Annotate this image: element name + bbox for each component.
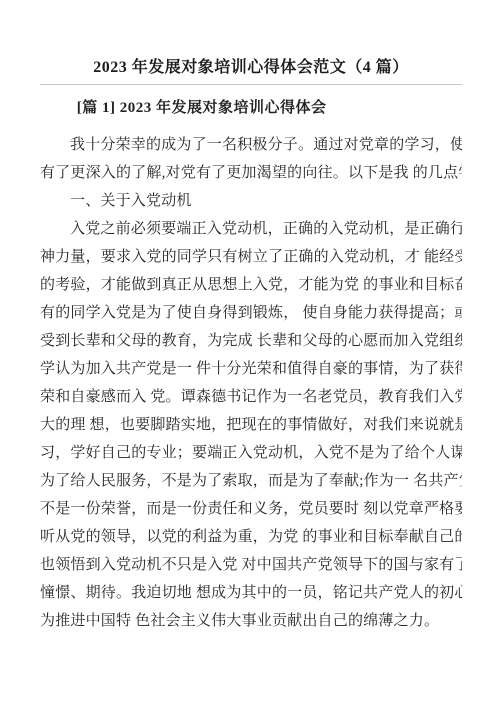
body-line: 神力量，要求入党的同学只有树立了正确的入党动机，才 能经受住党组织 <box>40 243 462 271</box>
body-line: 也领悟到入党动机不只是入党 对中国共产党领导下的国与家有了信任、 <box>40 551 462 579</box>
body-line: 我十分荣幸的成为了一名积极分子。通过对党章的学习，使 我对党 <box>40 131 462 159</box>
body-line: 学认为加入共产党是一 件十分光荣和值得自豪的事情，为了获得这份光 <box>40 355 462 383</box>
body-line: 荣和自豪感而入 党。谭森德书记作为一名老党员，教育我们入党既要有远 <box>40 383 462 411</box>
body-line: 为推进中国特 色社会主义伟大事业贡献出自己的绵薄之力。 <box>40 607 462 635</box>
body-line: 的考验，才能做到真正从思想上入党，才能为党 的事业和目标奋斗终生。 <box>40 271 462 299</box>
body-line: 入党之前必须要端正入党动机，正确的入党动机，是正确行 动的精 <box>40 215 462 243</box>
body-line: 有了更深入的了解,对党有了更加渴望的向往。以下是我 的几点学习心得： <box>40 159 462 187</box>
document-content: 2023 年发展对象培训心得体会范文（4 篇） [篇 1] 2023 年发展对象… <box>40 56 462 635</box>
document-body: 我十分荣幸的成为了一名积极分子。通过对党章的学习，使 我对党 有了更深入的了解,… <box>40 131 462 635</box>
body-line: 憧憬、期待。我迫切地 想成为其中的一员，铭记共产党人的初心和使命， <box>40 579 462 607</box>
body-line: 为了给人民服务，不是为了索取，而是为了奉献;作为一 名共产党员，这 <box>40 467 462 495</box>
section-heading: [篇 1] 2023 年发展对象培训心得体会 <box>40 97 462 119</box>
body-line: 习，学好自己的专业；要端正入党动机，入党不是为了给个人谋 利，而是 <box>40 439 462 467</box>
body-line: 不是一份荣誉，而是一份责任和义务，党员要时 刻以党章严格要求自己， <box>40 495 462 523</box>
body-line: 受到长辈和父母的教育，为完成 长辈和父母的心愿而加入党组织；还有同 <box>40 327 462 355</box>
body-line: 有的同学入党是为了使自身得到锻炼， 使自身能力获得提高；或者是从小 <box>40 299 462 327</box>
body-line: 听从党的领导，以党的利益为重，为党 的事业和目标奉献自己的一切。我 <box>40 523 462 551</box>
body-line: 一、关于入党动机 <box>40 187 462 215</box>
body-line: 大的理 想，也要脚踏实地，把现在的事情做好，对我们来说就是要努力 学 <box>40 411 462 439</box>
document-title: 2023 年发展对象培训心得体会范文（4 篇） <box>40 56 462 80</box>
title-divider <box>40 84 462 85</box>
document-page: 2023 年发展对象培训心得体会范文（4 篇） [篇 1] 2023 年发展对象… <box>0 0 500 704</box>
